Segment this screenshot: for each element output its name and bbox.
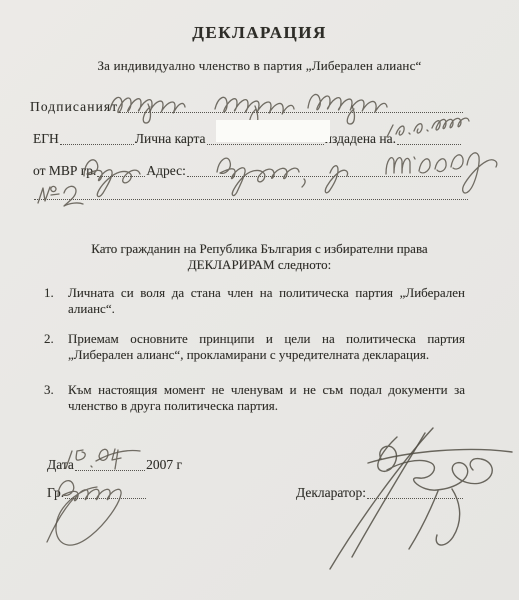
id-card-label: Лична карта bbox=[135, 130, 206, 147]
list-item: 2. Приемам основните принципи и цели на … bbox=[44, 331, 465, 362]
issued-label: издадена на. bbox=[325, 130, 396, 147]
dotted-leader bbox=[119, 109, 463, 113]
statement-line-2: ДЕКЛАРИРАМ следното: bbox=[0, 257, 519, 273]
street-number-row bbox=[33, 196, 469, 202]
city-row: Гр. bbox=[47, 484, 147, 501]
item-number: 2. bbox=[44, 331, 68, 362]
dotted-leader bbox=[187, 173, 461, 177]
signed-name-row: Подписаният bbox=[30, 98, 464, 115]
dotted-leader bbox=[97, 173, 145, 177]
date-year: 2007 г bbox=[146, 456, 182, 473]
mvr-label: от МВР гр. bbox=[33, 162, 96, 179]
dotted-leader bbox=[65, 495, 146, 499]
date-row: Дата 2007 г bbox=[47, 456, 182, 473]
statement-line-1: Като гражданин на Република България с и… bbox=[0, 241, 519, 257]
list-item: 1. Личната си воля да стана член на поли… bbox=[44, 285, 465, 316]
item-text: Към настоящия момент не членувам и не съ… bbox=[68, 382, 465, 413]
dotted-leader bbox=[367, 495, 463, 499]
egn-idcard-row: ЕГН Лична карта издадена на. bbox=[33, 130, 462, 147]
dotted-leader bbox=[397, 141, 461, 145]
signed-label: Подписаният bbox=[30, 98, 118, 115]
dotted-leader bbox=[207, 141, 324, 145]
item-number: 3. bbox=[44, 382, 68, 413]
page-subtitle: За индивидуално членство в партия „Либер… bbox=[0, 58, 519, 74]
declarant-row: Декларатор: bbox=[296, 484, 464, 501]
item-text: Личната си воля да стана член на политич… bbox=[68, 285, 465, 316]
mvr-address-row: от МВР гр. Адрес: bbox=[33, 162, 462, 179]
egn-label: ЕГН bbox=[33, 130, 59, 147]
dotted-leader bbox=[60, 141, 134, 145]
item-number: 1. bbox=[44, 285, 68, 316]
item-text: Приемам основните принципи и цели на пол… bbox=[68, 331, 465, 362]
city-label: Гр. bbox=[47, 484, 64, 501]
date-label: Дата bbox=[47, 456, 74, 473]
list-item: 3. Към настоящия момент не членувам и не… bbox=[44, 382, 465, 413]
dotted-leader bbox=[34, 196, 468, 200]
scanned-declaration-document: ДЕКЛАРАЦИЯ За индивидуално членство в па… bbox=[0, 0, 519, 600]
dotted-leader bbox=[75, 467, 145, 471]
declarant-label: Декларатор: bbox=[296, 484, 366, 501]
page-title: ДЕКЛАРАЦИЯ bbox=[0, 23, 519, 43]
address-label: Адрес: bbox=[146, 162, 185, 179]
